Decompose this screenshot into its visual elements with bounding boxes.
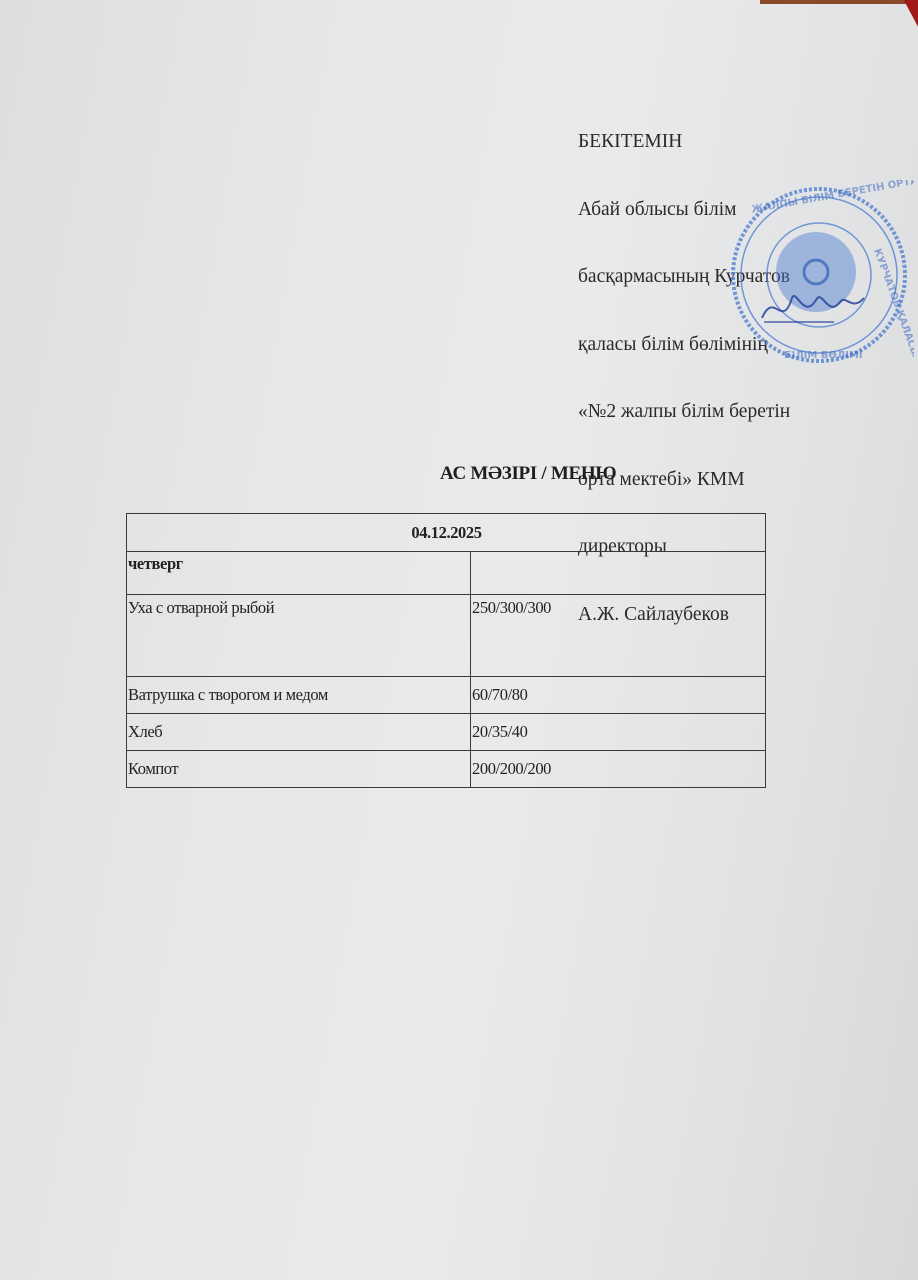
menu-day: четверг xyxy=(127,552,471,595)
dish-portion: 20/35/40 xyxy=(471,714,766,751)
svg-text:БІЛІМ БӨЛІМІ: БІЛІМ БӨЛІМІ xyxy=(784,350,863,361)
menu-day-empty xyxy=(471,552,766,595)
menu-date: 04.12.2025 xyxy=(127,514,766,552)
red-strap-decoration xyxy=(901,0,918,38)
table-row: Ватрушка с творогом и медом 60/70/80 xyxy=(127,677,766,714)
dish-name: Хлеб xyxy=(127,714,471,751)
dish-name: Уха с отварной рыбой xyxy=(127,595,471,677)
page-title: АС МӘЗІРІ / МЕНЮ xyxy=(440,463,616,485)
desk-edge xyxy=(760,0,918,4)
svg-text:КУРЧАТОВ ҚАЛАСЫ: КУРЧАТОВ ҚАЛАСЫ xyxy=(871,247,914,359)
approval-line: Абай облысы білім xyxy=(578,199,790,222)
approval-line: «№2 жалпы білім беретін xyxy=(578,401,790,424)
dish-portion: 250/300/300 xyxy=(471,595,766,677)
dish-portion: 60/70/80 xyxy=(471,677,766,714)
dish-portion: 200/200/200 xyxy=(471,751,766,788)
menu-table: 04.12.2025 четверг Уха с отварной рыбой … xyxy=(126,513,766,788)
table-row: Хлеб 20/35/40 xyxy=(127,714,766,751)
dish-name: Ватрушка с творогом и медом xyxy=(127,677,471,714)
approval-heading: БЕКІТЕМІН xyxy=(578,131,790,154)
approval-line: қаласы білім бөлімінің xyxy=(578,334,790,357)
table-row: Уха с отварной рыбой 250/300/300 xyxy=(127,595,766,677)
approval-line: басқармасының Курчатов xyxy=(578,266,790,289)
dish-name: Компот xyxy=(127,751,471,788)
table-row: Компот 200/200/200 xyxy=(127,751,766,788)
